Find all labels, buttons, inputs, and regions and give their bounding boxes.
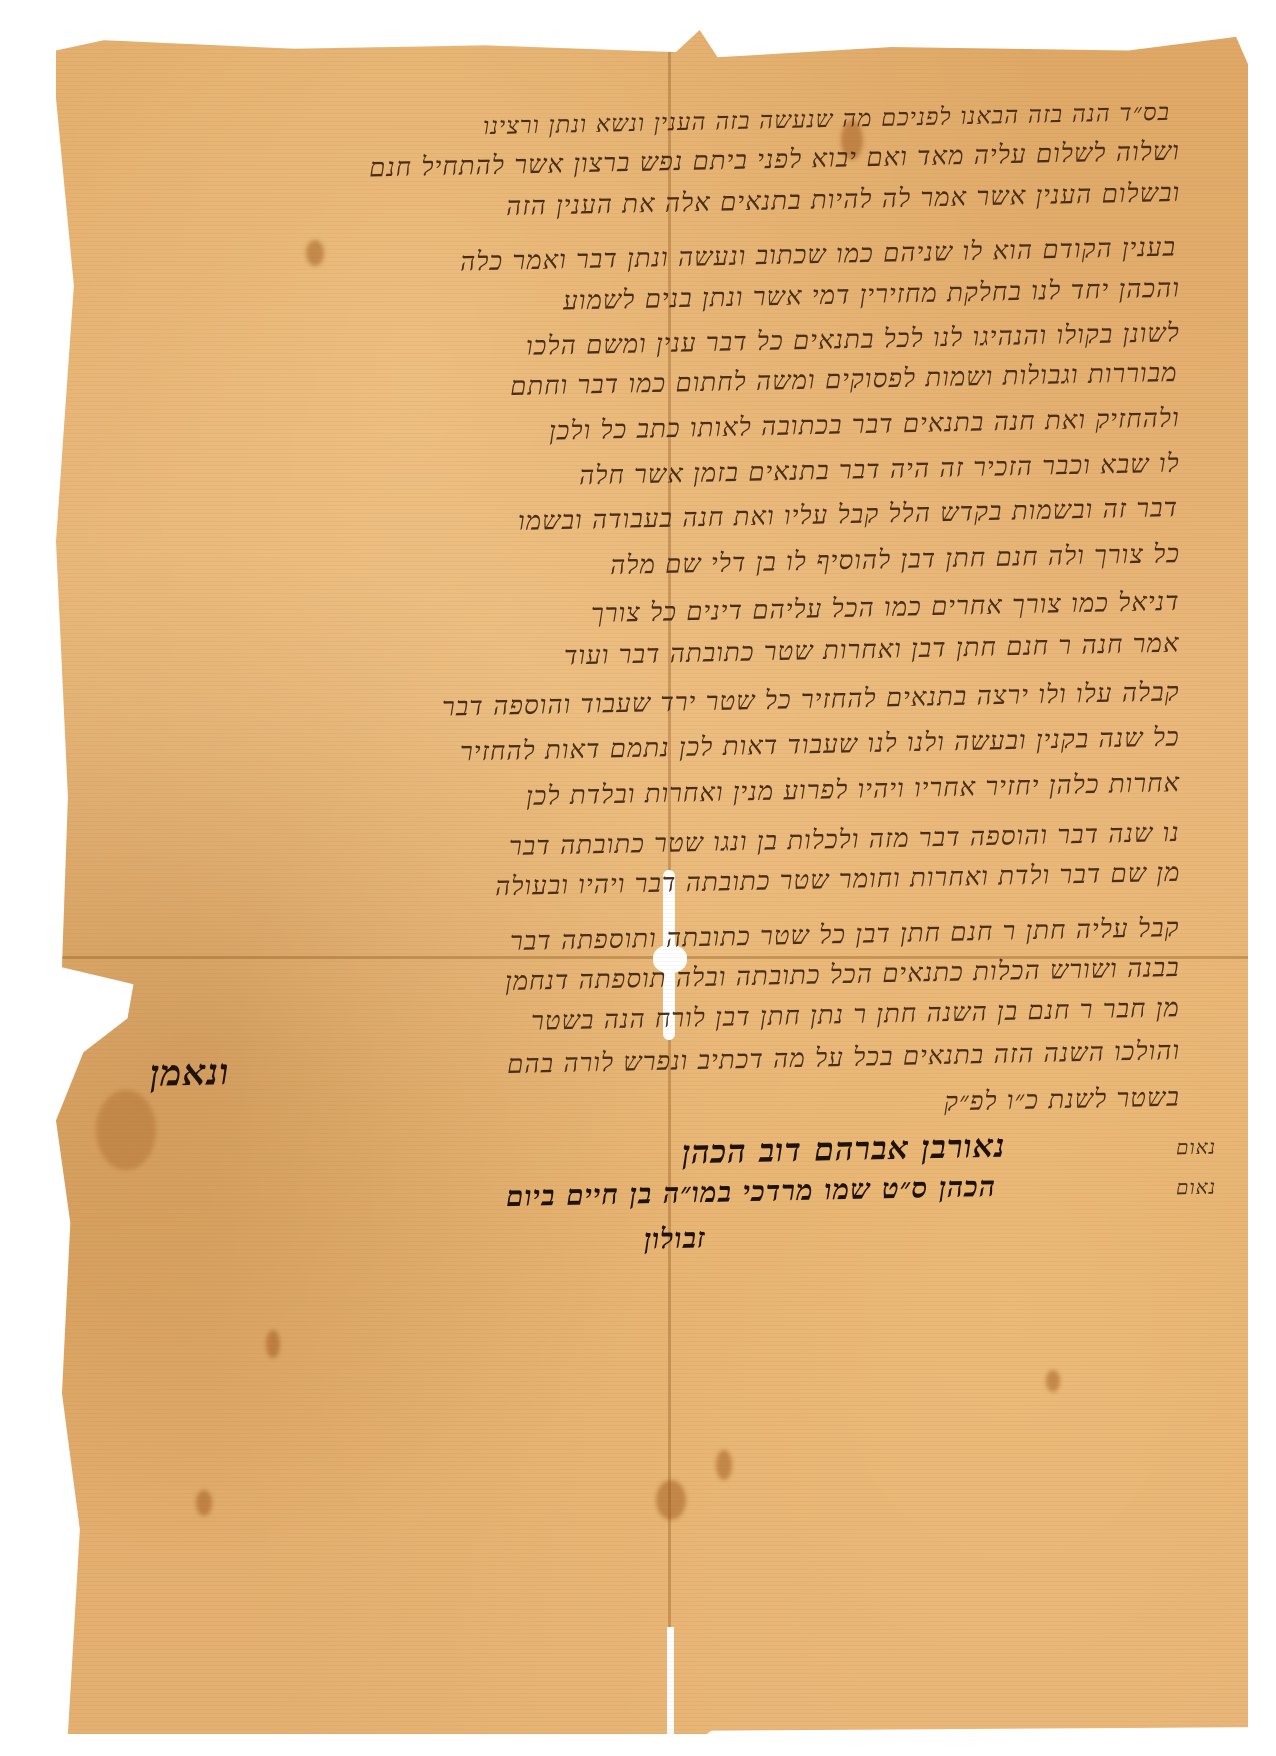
text-line: דניאל כמו צורך אחרים כמו הכל עליהם דינים… [591, 587, 1180, 629]
text-line: בענין הקודם הוא לו שניהם כמו שכתוב ונעשה… [460, 233, 1177, 278]
margin-note-witness: ונאמן [150, 1051, 230, 1095]
text-line: כל שנה בקנין ובעשה ולנו לנו שעבוד דאות ל… [460, 722, 1180, 767]
signature-line: זבולון [644, 1221, 707, 1256]
text-line: ולהחזיק ואת חנה בתנאים דבר בכתובה לאותו … [549, 403, 1180, 446]
text-line: מן חבר ר חנם בן השנה חתן ר נתן חתן דבן ל… [531, 993, 1180, 1037]
text-line: ובשלום הענין אשר אמר לה להיות בתנאים אלה… [505, 178, 1180, 222]
text-line: אמר חנה ר חנם חתן דבן ואחרות שטר כתובתה … [564, 629, 1180, 672]
text-line: דבר זה ובשמות בקדש הלל קבל עליו ואת חנה … [518, 493, 1179, 537]
signature-line: נאורבן אברהם דוב הכהן [682, 1127, 1006, 1172]
text-line: מבוררות וגבולות ושמות לפסוקים ומשה לחתום… [510, 358, 1178, 402]
text-line: לשונן בקולו והנהיגו לנו לכל בתנאים כל דב… [526, 318, 1180, 362]
margin-note-neum: נאום [1176, 1175, 1217, 1201]
text-line: קבלה עלו ולו ירצה בתנאים להחזיר כל שטר י… [442, 677, 1180, 722]
text-line: אחרות כלהן יחזיר אחריו ויהיו לפרוע מנין … [526, 768, 1181, 812]
text-line: בס״ד הנה בזה הבאנו לפניכם מה שנעשה בזה ה… [483, 98, 1171, 141]
text-line: כל צורך ולה חנם חתן דבן להוסיף לו בן דלי… [610, 539, 1181, 581]
text-line: והולכו השנה הזה בתנאים בכל על מה דכתיב ו… [507, 1036, 1181, 1080]
text-line: מן שם דבר ולדת ואחרות וחומר שטר כתובתה ד… [494, 858, 1180, 902]
text-line: נו שנה דבר והוספה דבר מזה ולכלות בן ונגו… [509, 818, 1180, 862]
text-line: בבנה ושורש הכלות כתנאים הכל כתובתה ובלה … [505, 953, 1180, 997]
margin-note-neum: נאום [1176, 1135, 1217, 1161]
text-line: והכהן יחד לנו בחלקת מחזירין דמי אשר ונתן… [563, 274, 1181, 317]
text-line: לו שבא וכבר הזכיר זה היה דבר בתנאים בזמן… [579, 449, 1180, 492]
manuscript-text: בס״ד הנה בזה הבאנו לפניכם מה שנעשה בזה ה… [0, 0, 1276, 1756]
text-line: בשטר לשנת כ״ו לפ״ק [944, 1083, 1180, 1118]
signature-line: הכהן ס״ט שמו מרדכי במו״ה בן חיים ביום [506, 1170, 997, 1214]
text-line: קבל עליה חתן ר חנם חתן דבן כל שטר כתובתה… [510, 913, 1180, 957]
text-line: ושלוה לשלום עליה מאד ואם יבוא לפני ביתם … [369, 137, 1180, 184]
